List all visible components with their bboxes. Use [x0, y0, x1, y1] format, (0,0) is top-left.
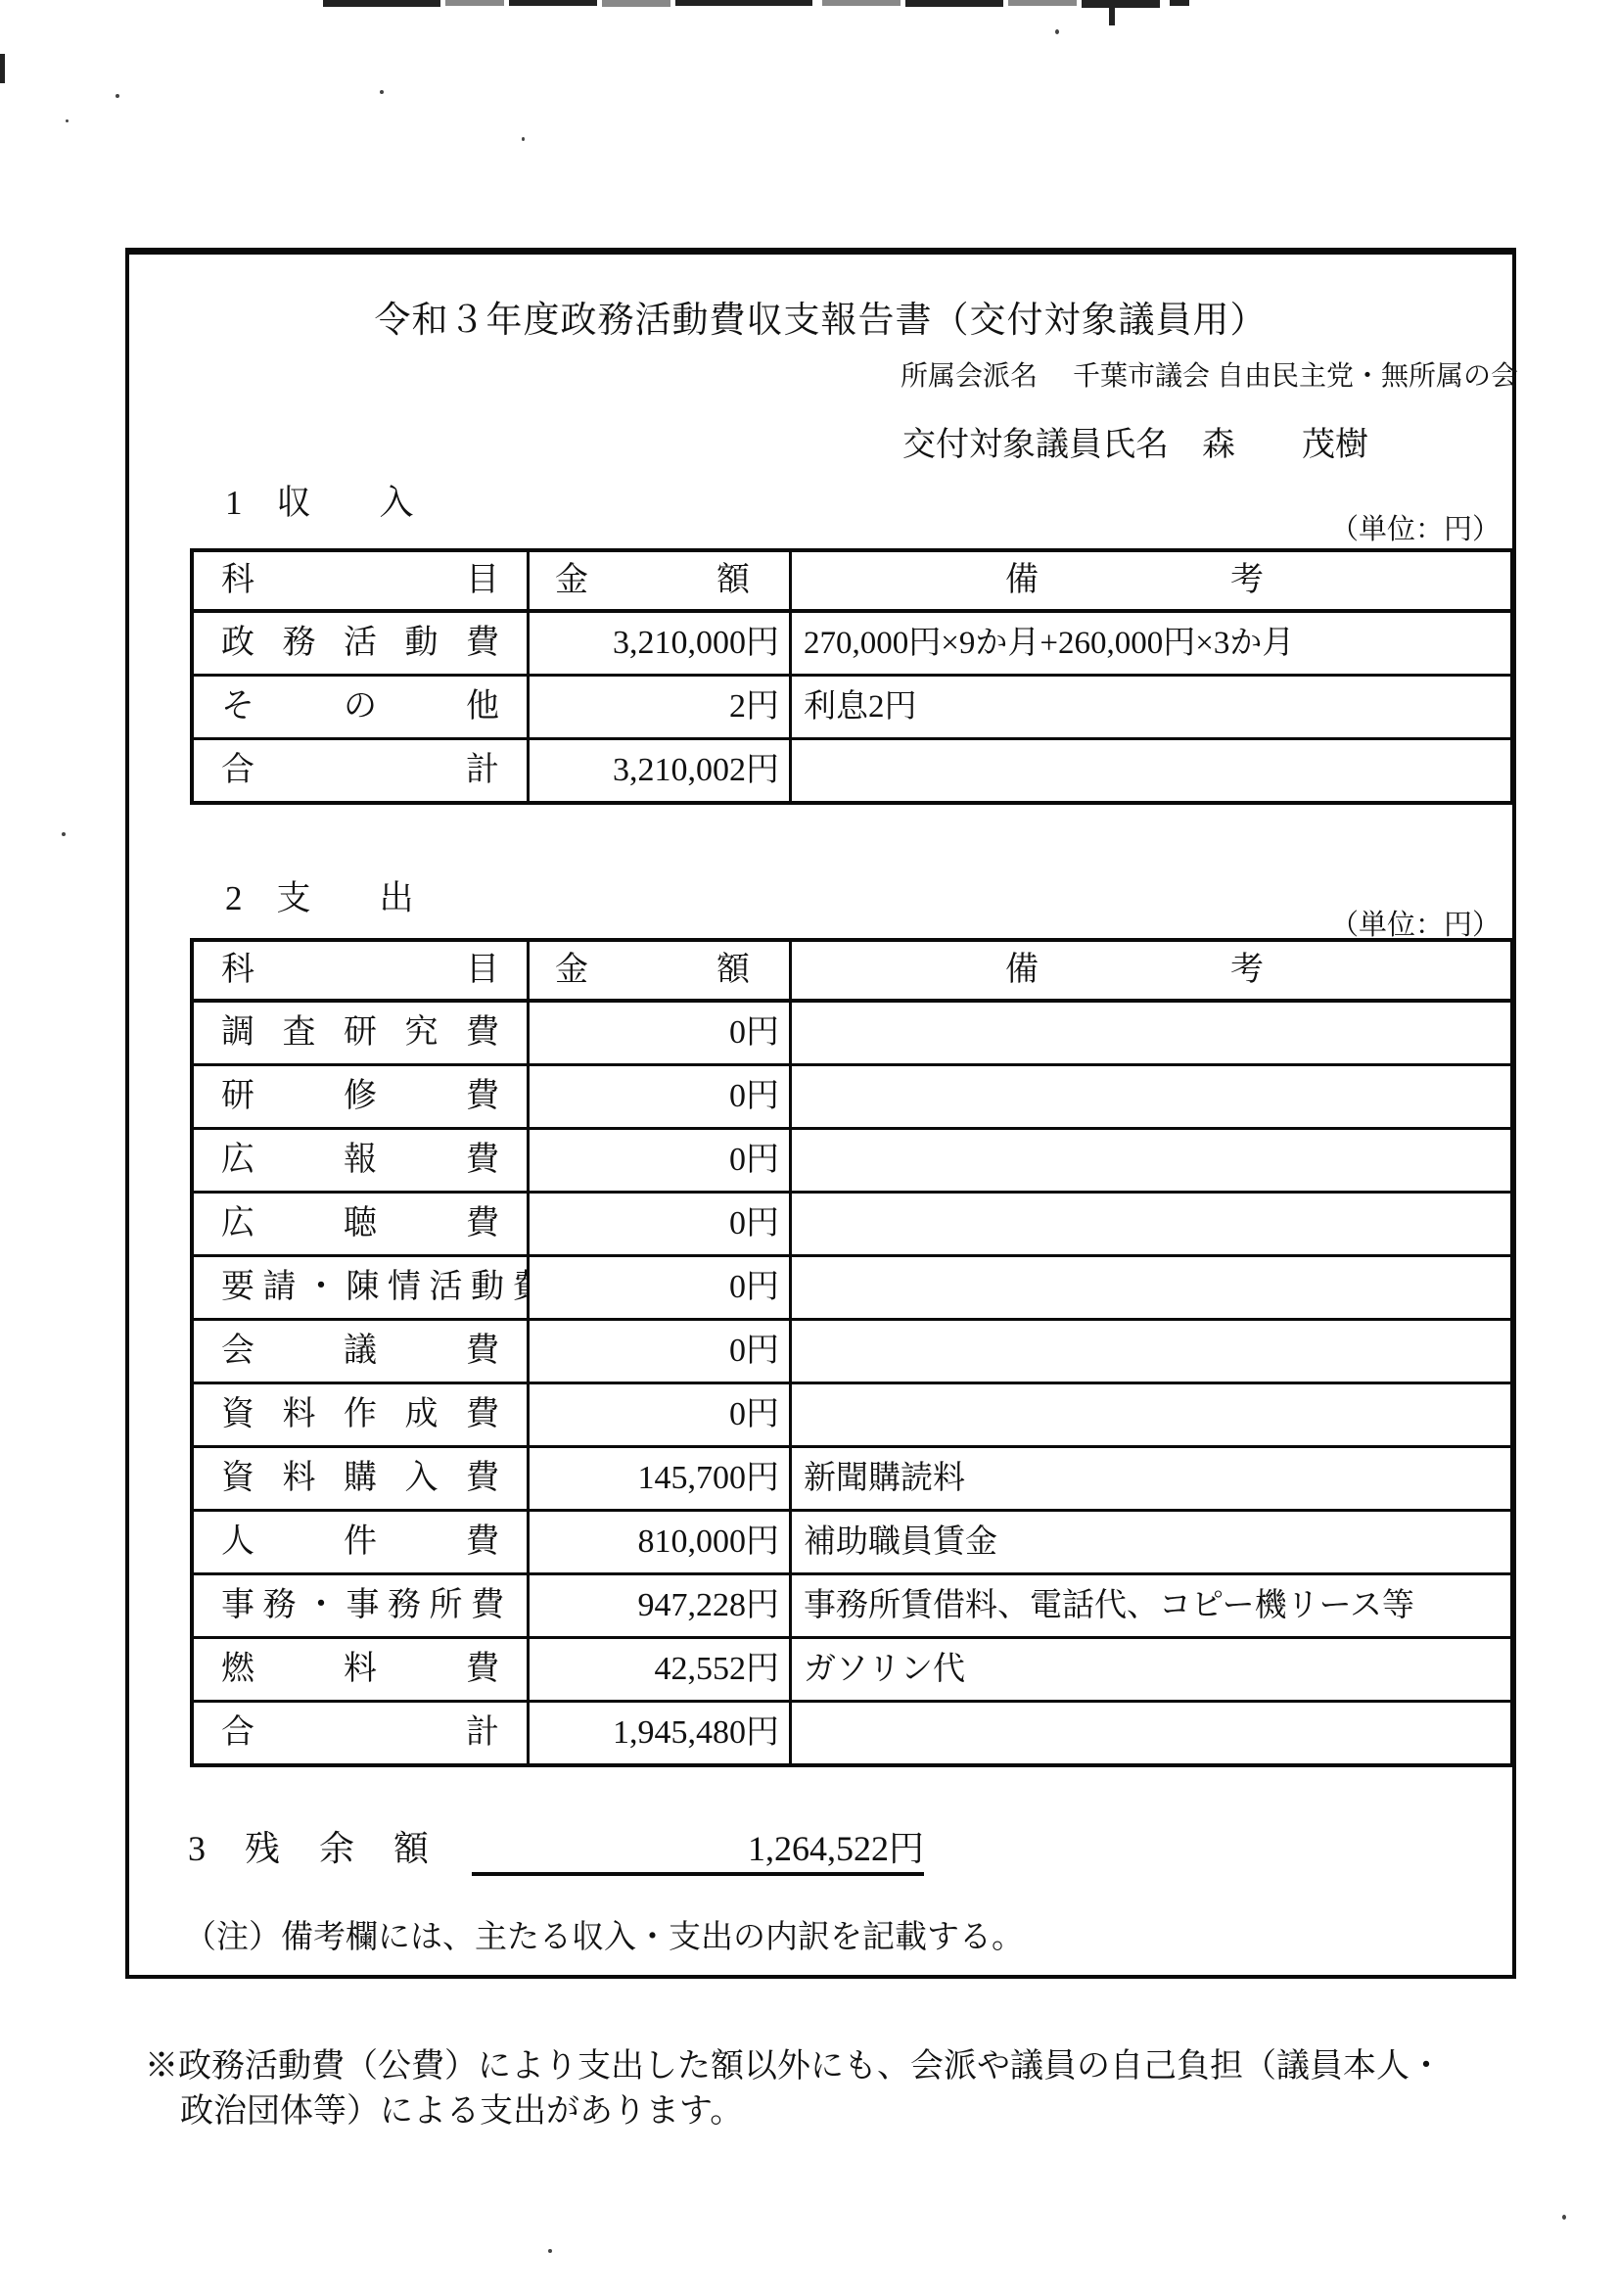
member-name-line: 交付対象議員氏名森 茂樹	[902, 417, 1368, 465]
amount-cell: 810,000円	[527, 1512, 789, 1572]
expense-row: 調 査 研 究 費 0円	[194, 1000, 1510, 1063]
amount-cell: 0円	[527, 1003, 789, 1063]
balance-amount: 1,264,522円	[474, 1821, 924, 1871]
subject-cell: 資 料 作 成 費	[194, 1384, 527, 1445]
expense-row: 合 計 1,945,480円	[194, 1700, 1510, 1763]
remarks-cell	[789, 1321, 1510, 1382]
amount-cell: 2円	[527, 677, 789, 737]
remarks-cell	[789, 1703, 1510, 1763]
page-title: 令和３年度政務活動費収支報告書（交付対象議員用）	[129, 290, 1512, 343]
affiliation-line: 所属会派名千葉市議会 自由民主党・無所属の会	[901, 354, 1518, 394]
remarks-cell: 補助職員賃金	[789, 1512, 1510, 1572]
scan-artifact	[323, 0, 440, 7]
balance-underline	[472, 1872, 924, 1876]
amount-cell: 0円	[527, 1321, 789, 1382]
expense-row: 資 料 作 成 費 0円	[194, 1382, 1510, 1445]
remarks-cell: 利息2円	[789, 677, 1510, 737]
section-expense-heading: 2 支 出	[225, 871, 414, 920]
amount-cell: 1,945,480円	[527, 1703, 789, 1763]
expense-table: 科 目 金 額 備 考 調 査 研 究 費 0円 研 修 費 0円 広 報 費 …	[190, 938, 1514, 1767]
scan-artifact	[0, 54, 5, 83]
subject-cell: 資 料 購 入 費	[194, 1448, 527, 1509]
amount-cell: 0円	[527, 1257, 789, 1318]
box-note: （注）備考欄には、主たる収入・支出の内訳を記載する。	[184, 1911, 1024, 1957]
subject-cell: 広 報 費	[194, 1130, 527, 1191]
expense-table-header-row: 科 目 金 額 備 考	[194, 942, 1510, 1000]
expense-row: 人 件 費 810,000円 補助職員賃金	[194, 1509, 1510, 1572]
subject-cell: 広 聴 費	[194, 1194, 527, 1254]
scan-artifact	[675, 0, 812, 6]
income-table-header-row: 科 目 金 額 備 考	[194, 552, 1510, 610]
subject-cell: 人 件 費	[194, 1512, 527, 1572]
header-amount: 金 額	[527, 942, 789, 999]
expense-row: 研 修 費 0円	[194, 1063, 1510, 1127]
footer-note: ※政務活動費（公費）により支出した額以外にも、会派や議員の自己負担（議員本人・ …	[145, 2044, 1443, 2134]
amount-cell: 0円	[527, 1130, 789, 1191]
section-income-heading: 1 収 入	[225, 476, 414, 525]
scanned-report-page: 令和３年度政務活動費収支報告書（交付対象議員用） 所属会派名千葉市議会 自由民主…	[0, 0, 1617, 2296]
scan-artifact	[1008, 0, 1077, 6]
header-remarks: 備 考	[789, 942, 1510, 999]
scan-artifact	[905, 0, 1003, 7]
subject-cell: 調 査 研 究 費	[194, 1003, 527, 1063]
remarks-cell	[789, 1066, 1510, 1127]
report-border-box: 令和３年度政務活動費収支報告書（交付対象議員用） 所属会派名千葉市議会 自由民主…	[125, 248, 1516, 1979]
unit-note-income: （単位：円）	[1330, 507, 1501, 547]
subject-cell: 研 修 費	[194, 1066, 527, 1127]
expense-row: 広 聴 費 0円	[194, 1191, 1510, 1254]
scan-artifact	[1562, 2215, 1566, 2220]
scan-artifact	[1109, 0, 1115, 25]
scan-artifact	[1082, 0, 1160, 8]
scan-artifact	[380, 90, 384, 94]
scan-artifact	[1170, 0, 1189, 6]
income-row: そ の 他 2円 利息2円	[194, 674, 1510, 737]
subject-cell: 合 計	[194, 1703, 527, 1763]
expense-row: 事 務 ・ 事 務 所 費 947,228円 事務所賃借料、電話代、コピー機リー…	[194, 1572, 1510, 1636]
amount-cell: 0円	[527, 1066, 789, 1127]
amount-cell: 42,552円	[527, 1639, 789, 1700]
remarks-cell	[789, 1130, 1510, 1191]
scan-artifact	[1055, 29, 1059, 34]
expense-row: 要 請 ・ 陳 情 活 動 費 0円	[194, 1254, 1510, 1318]
remarks-cell: 事務所賃借料、電話代、コピー機リース等	[789, 1575, 1510, 1636]
scan-artifact	[66, 119, 69, 122]
header-subject: 科 目	[194, 552, 527, 609]
subject-cell: 燃 料 費	[194, 1639, 527, 1700]
subject-cell: 合 計	[194, 740, 527, 801]
remarks-cell: 270,000円×9か月+260,000円×3か月	[789, 613, 1510, 674]
amount-cell: 947,228円	[527, 1575, 789, 1636]
scan-artifact	[62, 832, 66, 836]
remarks-cell: ガソリン代	[789, 1639, 1510, 1700]
remarks-cell	[789, 1384, 1510, 1445]
scan-artifact	[548, 2249, 552, 2253]
amount-cell: 0円	[527, 1194, 789, 1254]
amount-cell: 0円	[527, 1384, 789, 1445]
footer-note-line1: ※政務活動費（公費）により支出した額以外にも、会派や議員の自己負担（議員本人・	[145, 2044, 1443, 2089]
remarks-cell	[789, 1194, 1510, 1254]
subject-cell: 事 務 ・ 事 務 所 費	[194, 1575, 527, 1636]
income-row: 政 務 活 動 費 3,210,000円 270,000円×9か月+260,00…	[194, 610, 1510, 674]
header-amount: 金 額	[527, 552, 789, 609]
footer-note-line2: 政治団体等）による支出があります。	[145, 2089, 1443, 2134]
unit-note-expense: （単位：円）	[1330, 903, 1501, 943]
member-name-value: 森 茂樹	[1202, 427, 1368, 463]
section-balance-heading: 3 残 余 額	[188, 1821, 431, 1871]
subject-cell: 会 議 費	[194, 1321, 527, 1382]
subject-cell: 要 請 ・ 陳 情 活 動 費	[194, 1257, 527, 1318]
expense-row: 燃 料 費 42,552円 ガソリン代	[194, 1636, 1510, 1700]
subject-cell: 政 務 活 動 費	[194, 613, 527, 674]
expense-row: 広 報 費 0円	[194, 1127, 1510, 1191]
header-subject: 科 目	[194, 942, 527, 999]
remarks-cell	[789, 740, 1510, 801]
member-name-label: 交付対象議員氏名	[902, 427, 1169, 463]
amount-cell: 3,210,000円	[527, 613, 789, 674]
scan-artifact	[445, 0, 504, 6]
amount-cell: 3,210,002円	[527, 740, 789, 801]
remarks-cell	[789, 1257, 1510, 1318]
header-remarks: 備 考	[789, 552, 1510, 609]
expense-row: 資 料 購 入 費 145,700円 新聞購読料	[194, 1445, 1510, 1509]
scan-artifact	[522, 137, 525, 141]
subject-cell: そ の 他	[194, 677, 527, 737]
scan-artifact	[115, 94, 119, 98]
remarks-cell: 新聞購読料	[789, 1448, 1510, 1509]
remarks-cell	[789, 1003, 1510, 1063]
income-table: 科 目 金 額 備 考 政 務 活 動 費 3,210,000円 270,000…	[190, 548, 1514, 805]
affiliation-label: 所属会派名	[901, 361, 1038, 392]
scan-artifact	[509, 0, 597, 6]
expense-row: 会 議 費 0円	[194, 1318, 1510, 1382]
income-row: 合 計 3,210,002円	[194, 737, 1510, 801]
scan-artifact	[822, 0, 901, 6]
amount-cell: 145,700円	[527, 1448, 789, 1509]
scan-artifact	[602, 0, 670, 7]
affiliation-value: 千葉市議会 自由民主党・無所属の会	[1073, 361, 1518, 392]
